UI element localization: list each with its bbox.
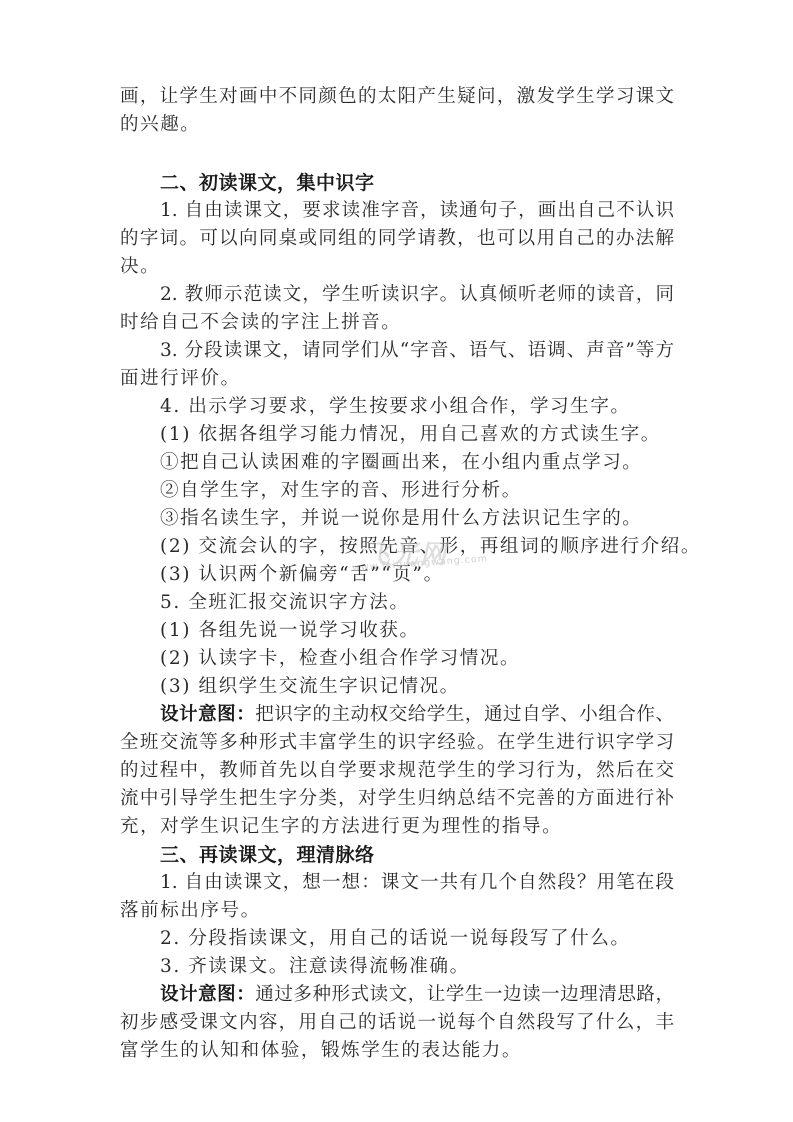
design-intent-text: 把识字的主动权交给学生，通过自学、小组合作、	[255, 704, 674, 725]
design-intent-line: 富学生的认知和体验，锻炼学生的表达能力。	[120, 1037, 674, 1065]
design-intent-line: 全班交流等多种形式丰富学生的识字经验。在学生进行识字学习	[120, 729, 674, 757]
paragraph-line: 5. 全班汇报交流识字方法。	[120, 589, 674, 617]
design-intent-line: 的过程中，教师首先以自学要求规范学生的学习行为，然后在交	[120, 757, 674, 785]
section-3-design-intent: 设计意图：通过多种形式读文，让学生一边读一边理清思路，	[120, 981, 674, 1009]
paragraph-line: 面进行评价。	[120, 365, 674, 393]
paragraph-line: 4. 出示学习要求，学生按要求小组合作，学习生字。	[120, 393, 674, 421]
intro-line-1: 画，让学生对画中不同颜色的太阳产生疑问，激发学生学习课文	[120, 83, 674, 111]
paragraph-line: 落前标出序号。	[120, 897, 674, 925]
spacer	[120, 139, 674, 169]
design-intent-line: 充，对学生识记生字的方法进行更为理性的指导。	[120, 813, 674, 841]
paragraph-line: ③指名读生字，并说一说你是用什么方法识记生字的。	[120, 505, 674, 533]
paragraph-line: 3. 齐读课文。注意读得流畅准确。	[120, 953, 674, 981]
paragraph-line: 决。	[120, 253, 674, 281]
design-intent-line: 初步感受课文内容，用自己的话说一说每个自然段写了什么，丰	[120, 1009, 674, 1037]
paragraph-line: (2) 认读字卡，检查小组合作学习情况。	[120, 645, 674, 673]
intro-line-2: 的兴趣。	[120, 111, 674, 139]
paragraph-line: 2. 教师示范读文，学生听读识字。认真倾听老师的读音，同	[120, 281, 674, 309]
paragraph-line: ②自学生字，对生字的音、形进行分析。	[120, 477, 674, 505]
section-2-design-intent: 设计意图：把识字的主动权交给学生，通过自学、小组合作、	[120, 701, 674, 729]
paragraph-line: 1. 自由读课文，想一想：课文一共有几个自然段？用笔在段	[120, 869, 674, 897]
paragraph-line: (3) 组织学生交流生字识记情况。	[120, 673, 674, 701]
design-intent-label: 设计意图：	[160, 984, 255, 1005]
paragraph-line: (1) 各组先说一说学习收获。	[120, 617, 674, 645]
section-3-heading: 三、再读课文，理清脉络	[120, 841, 674, 869]
paragraph-line: (3) 认识两个新偏旁“舌”“页”。	[120, 561, 674, 589]
section-2-body: 1. 自由读课文，要求读准字音，读通句子，画出自己不认识的字词。可以向同桌或同组…	[120, 197, 674, 701]
paragraph-line: 1. 自由读课文，要求读准字音，读通句子，画出自己不认识	[120, 197, 674, 225]
paragraph-line: (2) 交流会认的字，按照先音、形，再组词的顺序进行介绍。	[120, 533, 674, 561]
section-2-heading: 二、初读课文，集中识字	[120, 169, 674, 197]
design-intent-text: 通过多种形式读文，让学生一边读一边理清思路，	[255, 984, 674, 1005]
paragraph-line: 3. 分段读课文，请同学们从“字音、语气、语调、声音”等方	[120, 337, 674, 365]
paragraph-line: ①把自己认读困难的字圈画出来，在小组内重点学习。	[120, 449, 674, 477]
paragraph-line: (1) 依据各组学习能力情况，用自己喜欢的方式读生字。	[120, 421, 674, 449]
design-intent-label: 设计意图：	[160, 704, 255, 725]
paragraph-line: 的字词。可以向同桌或同组的同学请教，也可以用自己的办法解	[120, 225, 674, 253]
paragraph-line: 时给自己不会读的字注上拼音。	[120, 309, 674, 337]
section-3-body: 1. 自由读课文，想一想：课文一共有几个自然段？用笔在段落前标出序号。2. 分段…	[120, 869, 674, 981]
paragraph-line: 2. 分段指读课文，用自己的话说一说每段写了什么。	[120, 925, 674, 953]
design-intent-line: 流中引导学生把生字分类，对学生归纳总结不完善的方面进行补	[120, 785, 674, 813]
document-page: 画，让学生对画中不同颜色的太阳产生疑问，激发学生学习课文 的兴趣。 二、初读课文…	[120, 83, 674, 1065]
